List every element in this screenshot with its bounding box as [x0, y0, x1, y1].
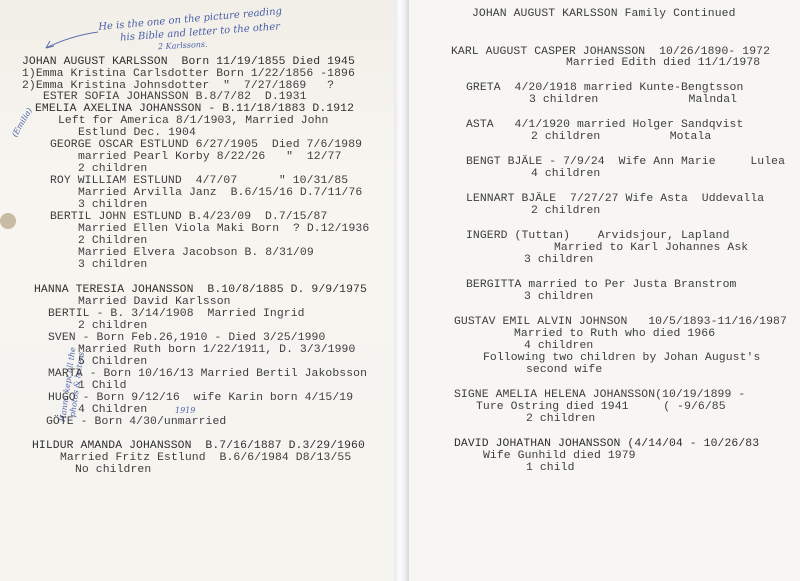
record-line: BERGITTA married to Per Justa Branstrom	[466, 279, 736, 292]
page-gutter-divider	[394, 0, 408, 581]
left-document-page: He is the one on the picture reading his…	[0, 0, 394, 581]
record-line: BENGT BJÄLE - 7/9/24 Wife Ann Marie Lule…	[466, 156, 785, 169]
record-line: 3 children Malndal	[529, 94, 737, 107]
record-line: 3 children	[78, 259, 147, 272]
page-title: JOHAN AUGUST KARLSSON Family Continued	[472, 8, 736, 21]
record-line: 4 children	[531, 168, 600, 181]
record-line: Following two children by Johan August's	[483, 352, 760, 365]
record-line: LENNART BJÄLE 7/27/27 Wife Asta Uddevall…	[466, 193, 764, 206]
record-line: 3 children	[524, 254, 593, 267]
record-line: Married Edith died 11/1/1978	[566, 57, 760, 70]
record-line: GÖTE - Born 4/30/unmarried	[46, 416, 226, 429]
record-line: Ture Ostring died 1941 ( -9/6/85	[476, 401, 726, 414]
record-line: 2 children Motala	[531, 131, 711, 144]
record-line: 2 children	[531, 205, 600, 218]
handwritten-note-line-3: 2 Karlssons.	[158, 40, 208, 52]
record-line: second wife	[526, 364, 602, 377]
handwritten-gote-year: 1919	[175, 406, 195, 415]
record-line: 1 child	[526, 462, 575, 475]
paper-stain	[0, 213, 16, 229]
record-line: 3 children	[524, 291, 593, 304]
record-line: No children	[75, 464, 151, 477]
right-document-page: JOHAN AUGUST KARLSSON Family Continued K…	[408, 0, 800, 581]
handwritten-arrow-icon	[40, 28, 100, 52]
handwritten-margin-emilia: (Emilia)	[10, 106, 34, 138]
record-line: 2 children	[526, 413, 595, 426]
